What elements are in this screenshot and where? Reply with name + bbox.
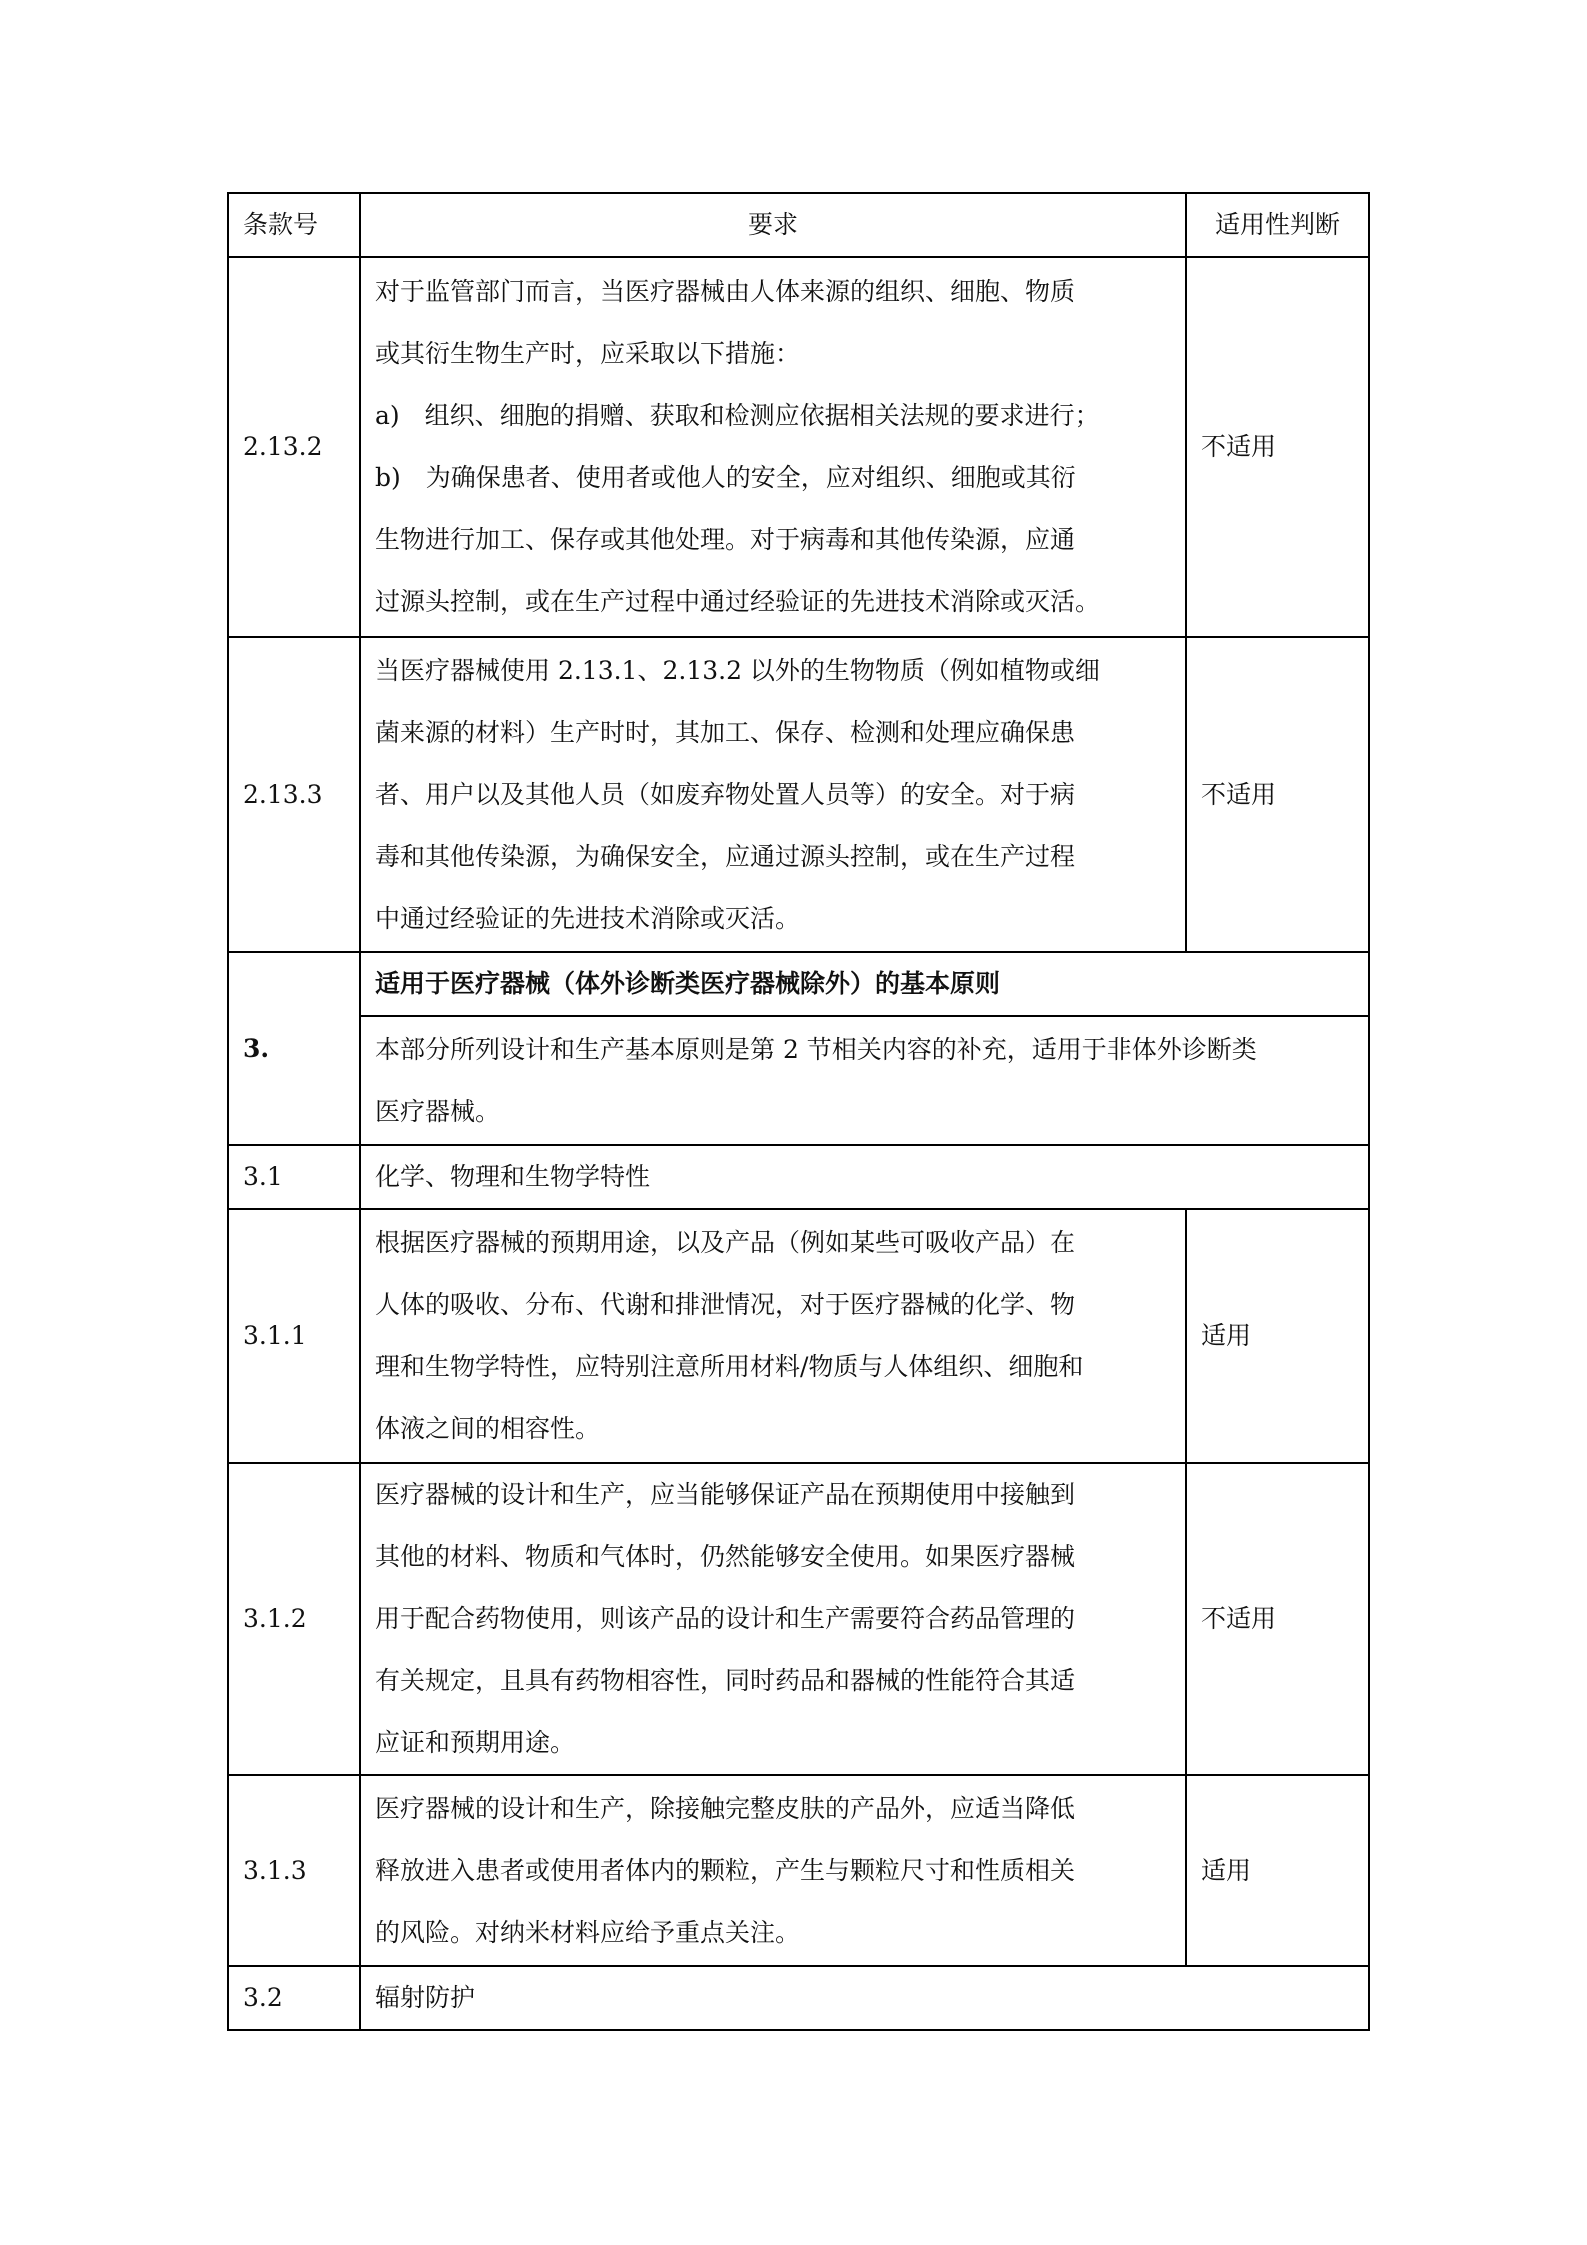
requirement-text: 当医疗器械使用 2.13.1、2.13.2 以外的生物物质（例如植物或细 菌来源… xyxy=(360,637,1186,952)
text-line: 应证和预期用途。 xyxy=(375,1712,1171,1774)
section-title: 适用于医疗器械（体外诊断类医疗器械除外）的基本原则 xyxy=(360,952,1369,1016)
clause-number: 3.1 xyxy=(228,1145,360,1209)
applicability-value: 不适用 xyxy=(1186,637,1369,952)
section-title: 辐射防护 xyxy=(360,1966,1369,2030)
section-description: 本部分所列设计和生产基本原则是第 2 节相关内容的补充，适用于非体外诊断类 医疗… xyxy=(360,1016,1369,1145)
section-title: 化学、物理和生物学特性 xyxy=(360,1145,1369,1209)
text-line: 者、用户以及其他人员（如废弃物处置人员等）的安全。对于病 xyxy=(375,764,1171,826)
text-line: 当医疗器械使用 2.13.1、2.13.2 以外的生物物质（例如植物或细 xyxy=(375,640,1171,702)
section-3-body-row: 本部分所列设计和生产基本原则是第 2 节相关内容的补充，适用于非体外诊断类 医疗… xyxy=(228,1016,1369,1145)
table-row: 2.13.2 对于监管部门而言，当医疗器械由人体来源的组织、细胞、物质 或其衍生… xyxy=(228,257,1369,637)
text-line: 根据医疗器械的预期用途，以及产品（例如某些可吸收产品）在 xyxy=(375,1212,1171,1274)
text-line: 菌来源的材料）生产时时，其加工、保存、检测和处理应确保患 xyxy=(375,702,1171,764)
applicability-value: 不适用 xyxy=(1186,1463,1369,1775)
text-line: 或其衍生物生产时，应采取以下措施： xyxy=(375,323,1171,385)
requirement-text: 对于监管部门而言，当医疗器械由人体来源的组织、细胞、物质 或其衍生物生产时，应采… xyxy=(360,257,1186,637)
requirement-text: 医疗器械的设计和生产，应当能够保证产品在预期使用中接触到 其他的材料、物质和气体… xyxy=(360,1463,1186,1775)
text-line: 理和生物学特性，应特别注意所用材料/物质与人体组织、细胞和 xyxy=(375,1336,1171,1398)
requirement-text: 根据医疗器械的预期用途，以及产品（例如某些可吸收产品）在 人体的吸收、分布、代谢… xyxy=(360,1209,1186,1463)
applicability-value: 适用 xyxy=(1186,1775,1369,1966)
text-line: 医疗器械。 xyxy=(375,1081,1354,1143)
section-3-title-row: 3. 适用于医疗器械（体外诊断类医疗器械除外）的基本原则 xyxy=(228,952,1369,1016)
clause-number: 3.1.3 xyxy=(228,1775,360,1966)
table-row: 2.13.3 当医疗器械使用 2.13.1、2.13.2 以外的生物物质（例如植… xyxy=(228,637,1369,952)
text-line: 有关规定，且具有药物相容性，同时药品和器械的性能符合其适 xyxy=(375,1650,1171,1712)
text-line: 体液之间的相容性。 xyxy=(375,1398,1171,1460)
clause-number: 3.1.1 xyxy=(228,1209,360,1463)
clause-number: 3.2 xyxy=(228,1966,360,2030)
requirements-table: 条款号 要求 适用性判断 2.13.2 对于监管部门而言，当医疗器械由人体来源的… xyxy=(227,192,1370,2031)
section-3-2-row: 3.2 辐射防护 xyxy=(228,1966,1369,2030)
applicability-value: 不适用 xyxy=(1186,257,1369,637)
text-line: 毒和其他传染源，为确保安全，应通过源头控制，或在生产过程 xyxy=(375,826,1171,888)
table-row: 3.1.3 医疗器械的设计和生产，除接触完整皮肤的产品外，应适当降低 释放进入患… xyxy=(228,1775,1369,1966)
header-row: 条款号 要求 适用性判断 xyxy=(228,193,1369,257)
text-line: 对于监管部门而言，当医疗器械由人体来源的组织、细胞、物质 xyxy=(375,261,1171,323)
text-line: 人体的吸收、分布、代谢和排泄情况，对于医疗器械的化学、物 xyxy=(375,1274,1171,1336)
table-row: 3.1.2 医疗器械的设计和生产，应当能够保证产品在预期使用中接触到 其他的材料… xyxy=(228,1463,1369,1775)
text-line: 用于配合药物使用，则该产品的设计和生产需要符合药品管理的 xyxy=(375,1588,1171,1650)
clause-number: 2.13.2 xyxy=(228,257,360,637)
section-3-1-row: 3.1 化学、物理和生物学特性 xyxy=(228,1145,1369,1209)
text-line: 本部分所列设计和生产基本原则是第 2 节相关内容的补充，适用于非体外诊断类 xyxy=(375,1019,1354,1081)
text-line: 生物进行加工、保存或其他处理。对于病毒和其他传染源，应通 xyxy=(375,509,1171,571)
text-line: b) 为确保患者、使用者或他人的安全，应对组织、细胞或其衍 xyxy=(375,447,1171,509)
text-line: 释放进入患者或使用者体内的颗粒，产生与颗粒尺寸和性质相关 xyxy=(375,1840,1171,1902)
text-line: 医疗器械的设计和生产，应当能够保证产品在预期使用中接触到 xyxy=(375,1464,1171,1526)
clause-number: 3. xyxy=(228,952,360,1145)
text-line: a) 组织、细胞的捐赠、获取和检测应依据相关法规的要求进行； xyxy=(375,385,1171,447)
header-requirement: 要求 xyxy=(360,193,1186,257)
text-line: 医疗器械的设计和生产，除接触完整皮肤的产品外，应适当降低 xyxy=(375,1778,1171,1840)
table-row: 3.1.1 根据医疗器械的预期用途，以及产品（例如某些可吸收产品）在 人体的吸收… xyxy=(228,1209,1369,1463)
header-clause: 条款号 xyxy=(228,193,360,257)
header-applicability: 适用性判断 xyxy=(1186,193,1369,257)
text-line: 中通过经验证的先进技术消除或灭活。 xyxy=(375,888,1171,950)
applicability-value: 适用 xyxy=(1186,1209,1369,1463)
requirement-text: 医疗器械的设计和生产，除接触完整皮肤的产品外，应适当降低 释放进入患者或使用者体… xyxy=(360,1775,1186,1966)
text-line: 过源头控制，或在生产过程中通过经验证的先进技术消除或灭活。 xyxy=(375,571,1171,633)
text-line: 的风险。对纳米材料应给予重点关注。 xyxy=(375,1902,1171,1964)
clause-number: 2.13.3 xyxy=(228,637,360,952)
text-line: 其他的材料、物质和气体时，仍然能够安全使用。如果医疗器械 xyxy=(375,1526,1171,1588)
clause-number: 3.1.2 xyxy=(228,1463,360,1775)
